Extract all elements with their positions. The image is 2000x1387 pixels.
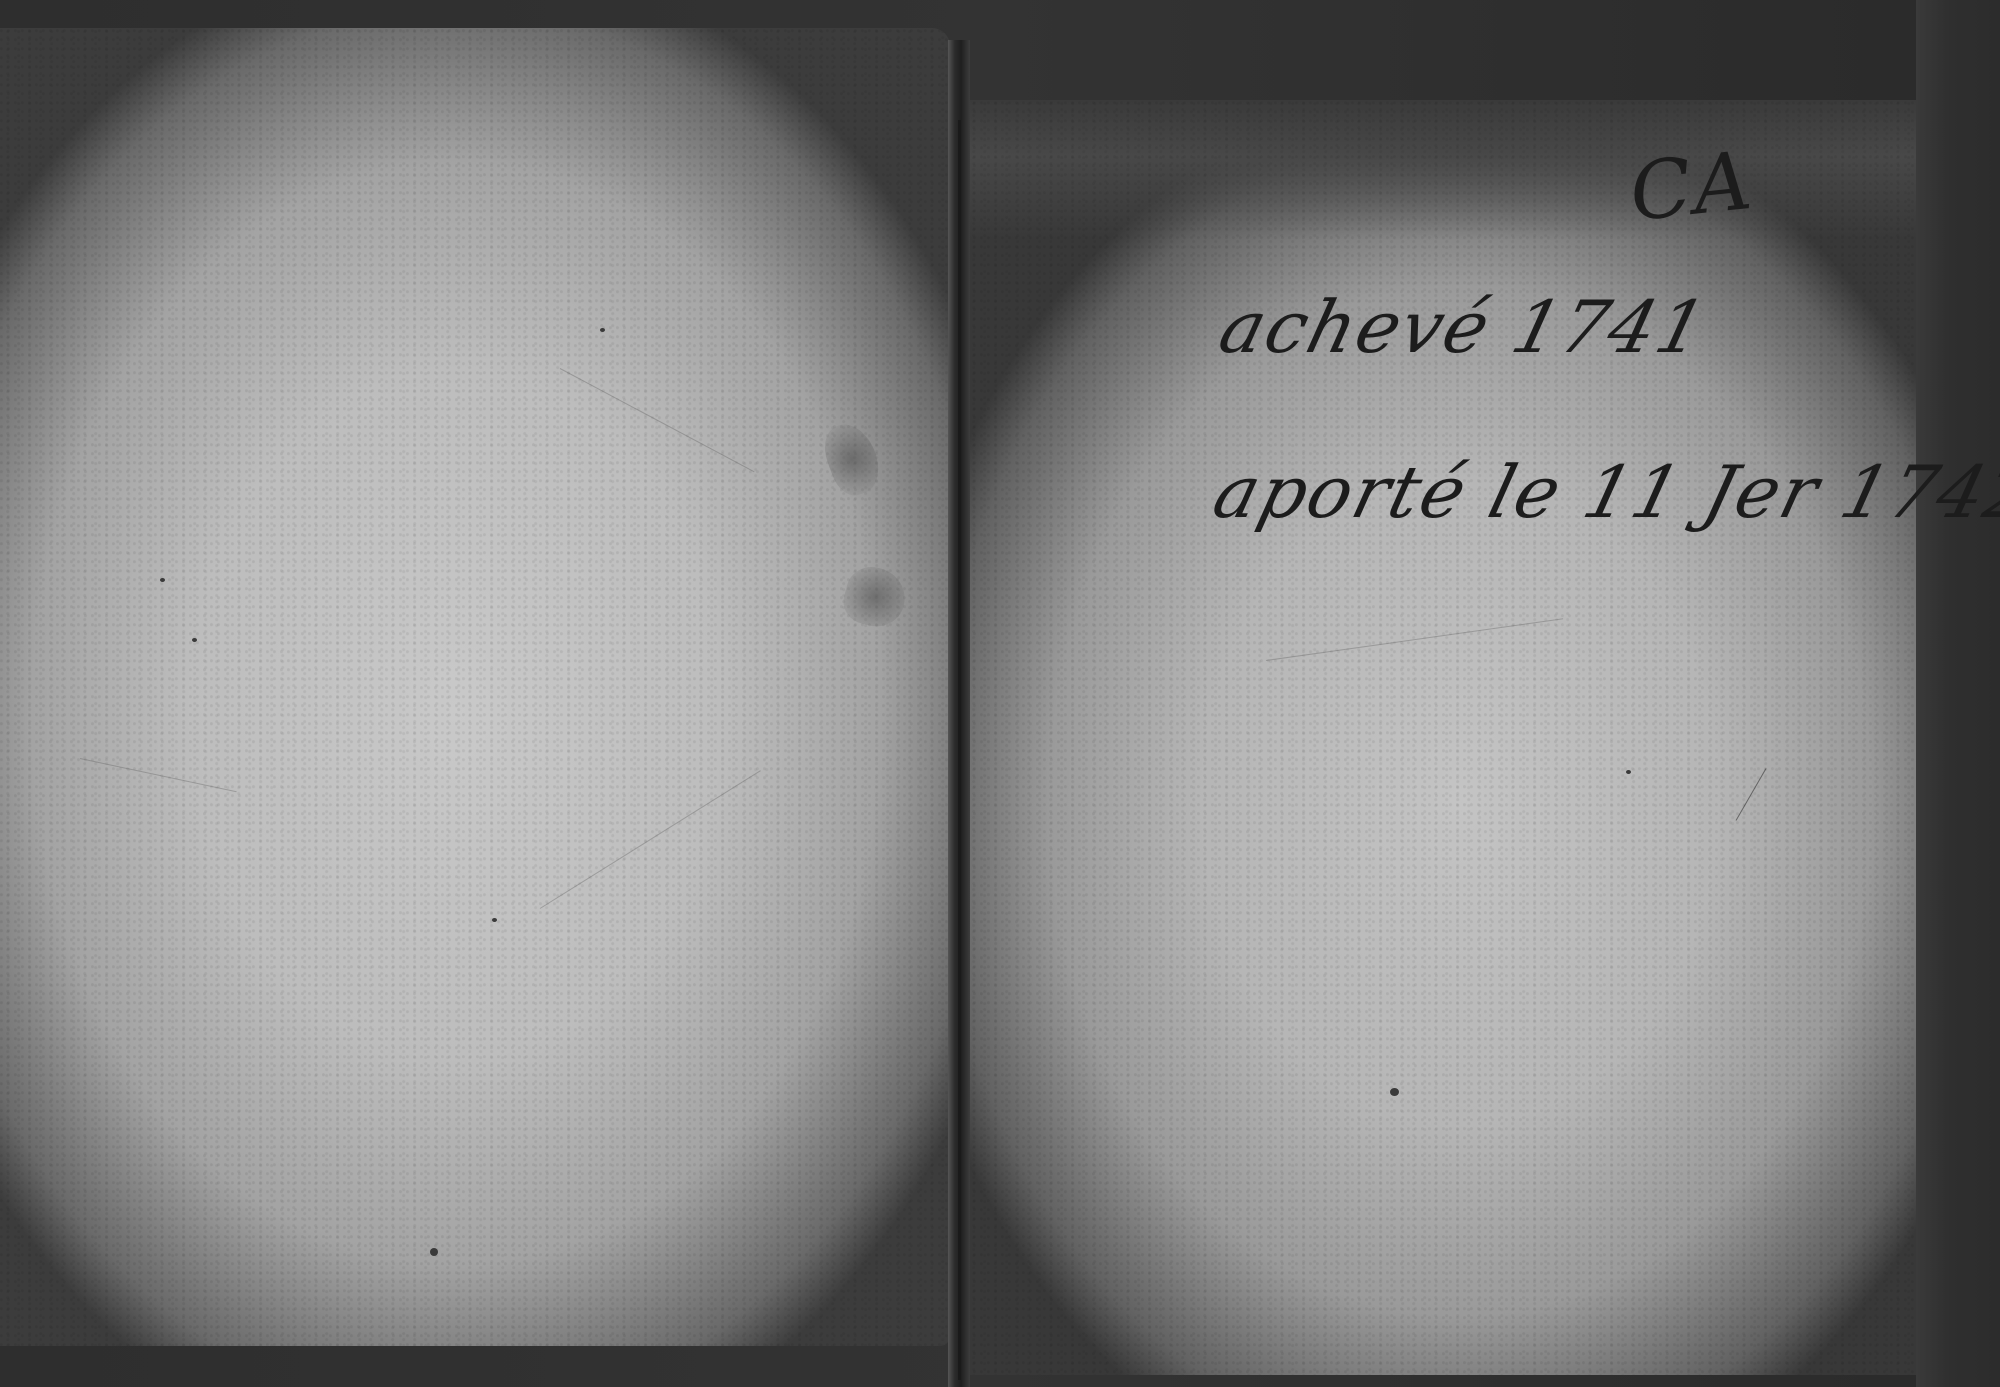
handwritten-line-completed: achevé 1741: [1212, 285, 1717, 369]
ink-speck: [600, 328, 605, 332]
ink-speck: [1626, 770, 1631, 774]
left-page: [0, 28, 950, 1346]
manuscript-scan: CA achevé 1741 aporté le 11 Jer 1742: [0, 0, 2000, 1387]
ink-speck: [430, 1248, 438, 1256]
scan-border: [1916, 0, 2000, 1387]
ink-speck: [192, 638, 197, 642]
corner-monogram: CA: [1625, 134, 1757, 239]
ink-speck: [160, 578, 165, 582]
ink-speck: [492, 918, 497, 922]
handwritten-line-brought: aporté le 11 Jer 1742: [1206, 450, 2000, 534]
paper-texture: [0, 28, 950, 1346]
ink-speck: [1390, 1088, 1399, 1096]
gutter-line: [958, 120, 961, 1380]
